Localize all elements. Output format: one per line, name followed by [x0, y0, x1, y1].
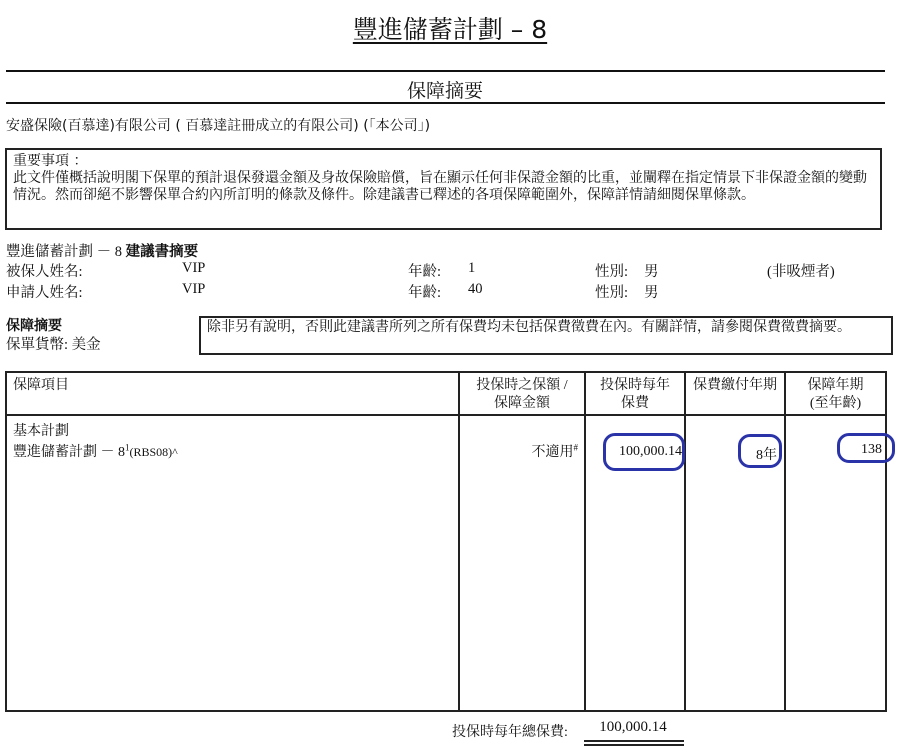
- total-premium-label: 投保時每年總保費:: [452, 721, 568, 741]
- col-divider: [684, 373, 686, 710]
- plan-name: 豐進儲蓄計劃 － 8: [6, 244, 126, 260]
- smoker-status: (非吸煙者): [767, 260, 835, 281]
- applicant-gender-label: 性別:: [595, 281, 628, 302]
- policy-currency: 保單貨幣: 美金: [6, 333, 101, 354]
- notice-body: 此文件僅概括說明閣下保單的預計退保發還金額及身故保險賠償，旨在顯示任何非保證金額…: [13, 170, 874, 204]
- double-underline: [584, 744, 684, 746]
- divider-bottom: [6, 102, 885, 104]
- double-underline: [584, 740, 684, 742]
- header-payment-term: 保費繳付年期: [686, 377, 784, 395]
- total-premium-value: 100,000.14: [583, 719, 683, 736]
- header-item: 保障項目: [13, 377, 69, 395]
- header-annual-premium: 投保時每年 保費: [586, 377, 684, 413]
- insured-age-label: 年齡:: [408, 260, 441, 281]
- row-category: 基本計劃: [13, 420, 69, 440]
- company-name: 安盛保險(百慕達)有限公司 ( 百慕達註冊成立的有限公司) (「本公司」): [6, 115, 430, 135]
- insured-gender-label: 性別:: [595, 260, 628, 281]
- coverage-term-cell: 138: [786, 442, 882, 458]
- header-divider: [7, 414, 885, 416]
- divider-top: [6, 70, 885, 72]
- annual-premium-cell: 100,000.14: [586, 444, 682, 460]
- coverage-table: 保障項目 投保時之保額 / 保障金額 投保時每年 保費 保費繳付年期 保障年期 …: [5, 371, 887, 712]
- insured-gender-value: 男: [644, 260, 659, 281]
- table-row: 豐進儲蓄計劃 － 81(RBS08)^: [13, 441, 178, 461]
- insured-age-value: 1: [468, 260, 475, 277]
- applicant-gender-value: 男: [644, 281, 659, 302]
- sum-insured-cell: 不適用#: [460, 441, 578, 461]
- notice-heading: 重要事項 ：: [13, 153, 874, 170]
- header-coverage-term: 保障年期 (至年齡): [786, 377, 885, 413]
- premium-levy-note: 除非另有說明，否則此建議書所列之所有保費均未包括保費徵費在內。有關詳情，請參閱保…: [199, 316, 893, 355]
- applicant-name-label: 申請人姓名:: [6, 281, 83, 302]
- header-sum-insured: 投保時之保額 / 保障金額: [460, 377, 584, 413]
- document-title: 豐進儲蓄計劃 – 8: [0, 10, 900, 46]
- currency-label: 保單貨幣:: [6, 337, 68, 353]
- important-notice-box: 重要事項 ： 此文件僅概括說明閣下保單的預計退保發還金額及身故保險賠償，旨在顯示…: [5, 148, 882, 230]
- plan-name-cell: 豐進儲蓄計劃 － 8: [13, 445, 125, 460]
- plan-code: (RBS08)^: [130, 445, 178, 459]
- currency-value: 美金: [72, 337, 101, 353]
- section-title: 保障摘要: [0, 76, 890, 103]
- applicant-name-value: VIP: [182, 281, 205, 298]
- coverage-heading: 保障摘要: [6, 315, 62, 335]
- payment-term-cell: 8年: [686, 444, 777, 464]
- summary-heading: 建議書摘要: [126, 244, 199, 260]
- proposal-summary-title: 豐進儲蓄計劃 － 8 建議書摘要: [6, 240, 198, 261]
- insured-name-label: 被保人姓名:: [6, 260, 83, 281]
- col-divider: [584, 373, 586, 710]
- col-divider: [458, 373, 460, 710]
- applicant-age-value: 40: [468, 281, 483, 298]
- col-divider: [784, 373, 786, 710]
- insured-name-value: VIP: [182, 260, 205, 277]
- applicant-age-label: 年齡:: [408, 281, 441, 302]
